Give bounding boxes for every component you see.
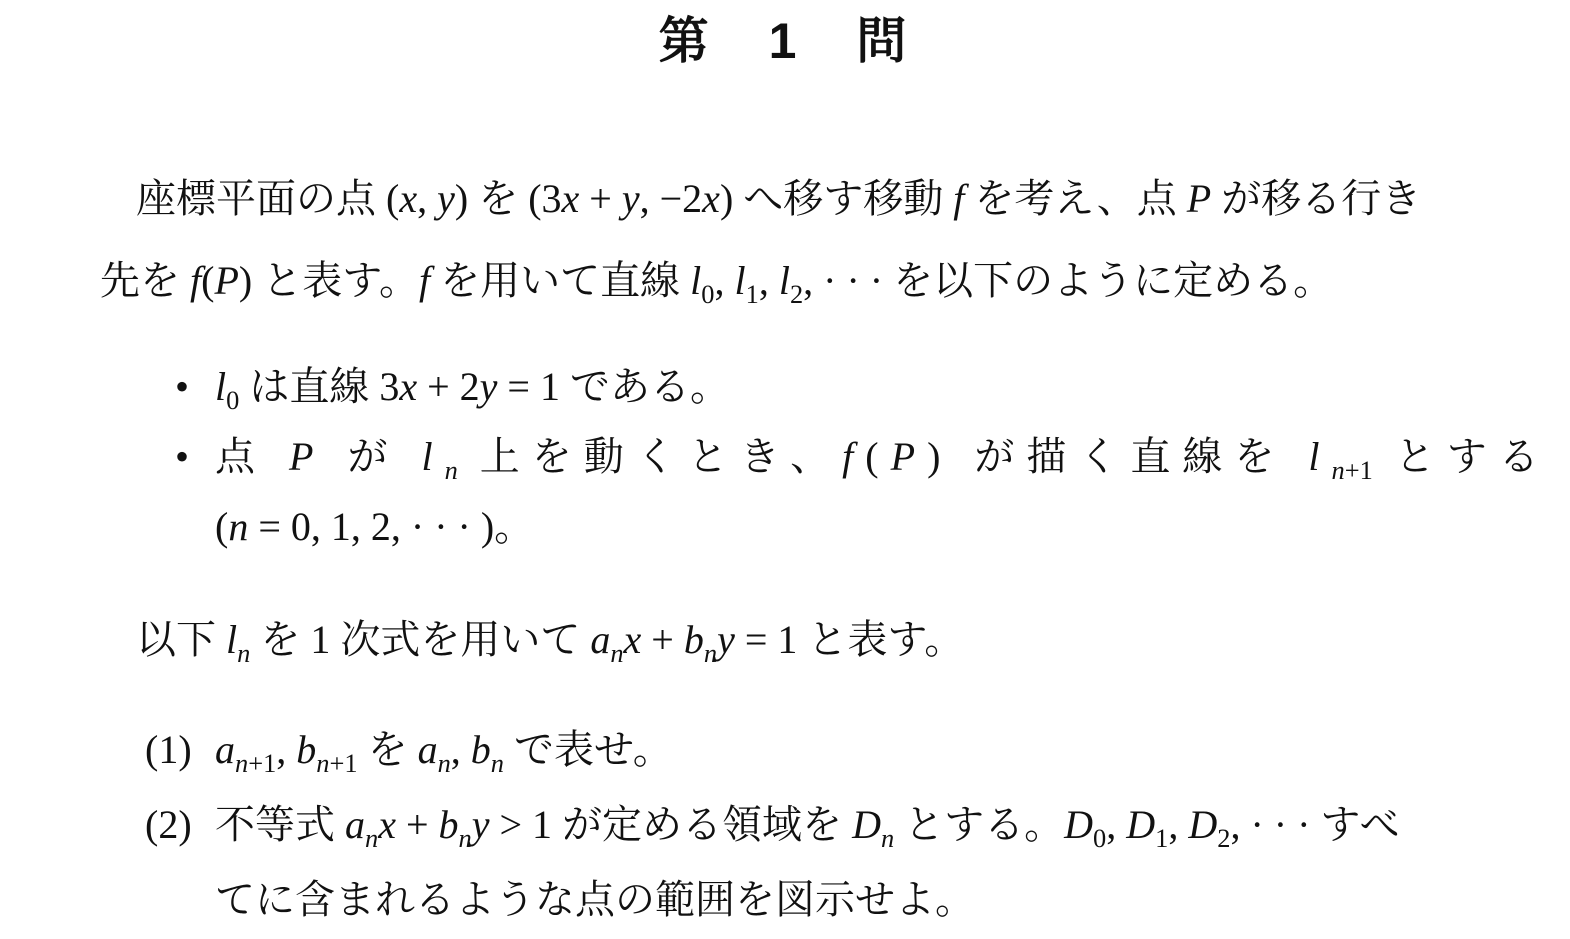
math-italic-run: n [237,638,250,668]
math-italic-run: x [562,176,580,221]
text-run: 不等式 [215,802,345,847]
math-italic-run: D [1064,802,1093,847]
text-run: が描く直線を [952,434,1308,479]
math-italic-run: n [610,638,623,668]
math-roman-run: , [417,176,437,221]
text-run: 座標平面の点 [136,176,386,221]
math-italic-run: P [891,434,927,479]
text-run: を以下のように定める。 [893,258,1333,303]
math-roman-run: , [1106,802,1126,847]
math-italic-run: x [399,364,417,409]
math-roman-run: (3 [528,176,561,221]
math-italic-run: l [1308,434,1331,479]
text-run: 点 [215,434,289,479]
math-italic-run: x [399,176,417,221]
question-2-content: 不等式 anx + bny > 1 が定める領域を Dn とする。D0, D1,… [215,787,1470,937]
subscript: 0 [226,385,239,415]
math-italic-run: y [622,176,640,221]
math-italic-run: n [1332,455,1345,485]
math-roman-run: +1 [1345,455,1373,485]
math-italic-run: n [316,748,329,778]
math-italic-run: f [419,258,430,303]
text-run: とする。 [894,802,1064,847]
math-roman-run: + [579,176,622,221]
math-roman-run: ( [865,434,890,479]
text-run: を [358,727,418,772]
subscript: n [438,748,451,778]
text-run: を 1 次式を用いて [250,617,590,662]
math-roman-run: ) [455,176,468,221]
math-italic-run: n [459,823,472,853]
text-run: は直線 [239,364,379,409]
math-italic-run: n [365,823,378,853]
question2-line-2: てに含まれるような点の範囲を図示せよ。 [215,862,1470,937]
subscript: 0 [1093,823,1106,853]
math-italic-run: f [842,434,865,479]
math-roman-run: , [1168,802,1188,847]
problem-title: 第 1 問 [100,6,1470,76]
math-italic-run: l [734,258,745,303]
math-italic-run: f [190,258,201,303]
math-italic-run: a [590,617,610,662]
math-roman-run: = 1 [735,617,798,662]
question-2-label: (2) [145,787,215,862]
intro-paragraph: 座標平面の点 (x, y) を (3x + y, −2x) へ移す移動 f を考… [100,158,1470,322]
math-roman-run: ) [720,176,733,221]
text-run: が移る行き [1211,176,1421,221]
subscript: n [365,823,378,853]
subscript: 1 [746,279,759,309]
text-run: 以下 [136,617,226,662]
text-run: と表す。 [252,258,419,303]
subscript: n [881,823,894,853]
intro-line-1: 座標平面の点 (x, y) を (3x + y, −2x) へ移す移動 f を考… [100,158,1470,240]
math-italic-run: n [445,455,458,485]
math-italic-run: l [215,364,226,409]
bullet2-line-1: 点 P が ln 上を動くとき、f(P) が描く直線を ln+1 とする [215,422,1470,492]
text-run: 先を [100,258,190,303]
math-italic-run: n [228,504,248,549]
math-italic-run: y [717,617,735,662]
subscript: n [237,638,250,668]
math-italic-run: n [491,748,504,778]
math-italic-run: f [953,176,964,221]
definition-paragraph: 以下 ln を 1 次式を用いて anx + bny = 1 と表す。 [100,600,1470,680]
definition-line-1: 以下 ln を 1 次式を用いて anx + bny = 1 と表す。 [100,600,1470,680]
math-roman-run: +1 [330,748,358,778]
text-run: 上を動くとき、 [458,434,842,479]
math-roman-run: , [759,258,779,303]
bullet-list: • l0 は直線 3x + 2y = 1 である。 • 点 P が ln 上を動… [100,352,1470,562]
text-run: を考え、点 [964,176,1186,221]
math-italic-run: P [289,434,325,479]
math-italic-run: D [1188,802,1217,847]
math-italic-run: a [418,727,438,772]
subscript: 2 [1217,823,1230,853]
math-roman-run: 0 [1093,823,1106,853]
question-item-2: (2) 不等式 anx + bny > 1 が定める領域を Dn とする。D0,… [145,787,1470,937]
math-italic-run: x [378,802,396,847]
math-roman-run: + 2 [417,364,480,409]
math-italic-run: x [702,176,720,221]
math-roman-run: 1 [1155,823,1168,853]
text-run: すべ [1320,802,1399,847]
intro-line-2: 先を f(P) と表す。f を用いて直線 l0, l1, l2, · · · を… [100,240,1470,322]
math-italic-run: x [624,617,642,662]
question-1-label: (1) [145,712,215,787]
math-roman-run: , · · · [803,258,893,303]
math-roman-run: , −2 [640,176,703,221]
math-italic-run: n [704,638,717,668]
question-item-1: (1) an+1, bn+1 を an, bn で表せ。 [145,712,1470,787]
math-roman-run: > 1 [490,802,553,847]
math-roman-run: 2 [790,279,803,309]
subscript: 0 [701,279,714,309]
text-run: と表す。 [797,617,964,662]
math-italic-run: n [235,748,248,778]
math-roman-run: 1 [746,279,759,309]
math-italic-run: n [881,823,894,853]
math-roman-run: + [396,802,439,847]
math-italic-run: D [852,802,881,847]
math-roman-run: = 0, 1, 2, · · · ) [248,504,494,549]
bullet-icon: • [175,352,215,422]
math-italic-run: P [214,258,238,303]
math-italic-run: a [215,727,235,772]
text-run: 。 [494,504,534,549]
text-run: を [468,176,528,221]
subscript: n+1 [235,748,276,778]
math-roman-run: , [276,727,296,772]
math-italic-run: D [1126,802,1155,847]
subscript: n [610,638,623,668]
math-roman-run: , [714,258,734,303]
text-run: である。 [560,364,730,409]
bullet2-line-2: (n = 0, 1, 2, · · · )。 [215,492,1470,562]
subscript: n [491,748,504,778]
math-italic-run: b [684,617,704,662]
math-italic-run: y [437,176,455,221]
question1-line-1: an+1, bn+1 を an, bn で表せ。 [215,712,1470,787]
subscript: n [704,638,717,668]
math-italic-run: l [779,258,790,303]
math-italic-run: P [1187,176,1211,221]
problem-page: 第 1 問 座標平面の点 (x, y) を (3x + y, −2x) へ移す移… [0,0,1570,939]
math-roman-run: ( [215,504,228,549]
bullet-content: l0 は直線 3x + 2y = 1 である。 [215,352,1470,422]
subscript: n+1 [1332,455,1373,485]
math-roman-run: ) [239,258,252,303]
text-run: とする [1373,434,1551,479]
subscript: n [445,455,458,485]
text-run: が定める領域を [552,802,852,847]
text-run: へ移す移動 [733,176,953,221]
question-1-content: an+1, bn+1 を an, bn で表せ。 [215,712,1470,787]
subscript: 1 [1155,823,1168,853]
math-roman-run: 0 [701,279,714,309]
math-italic-run: l [226,617,237,662]
math-roman-run: +1 [248,748,276,778]
math-italic-run: n [438,748,451,778]
math-roman-run: 2 [1217,823,1230,853]
question2-line-1: 不等式 anx + bny > 1 が定める領域を Dn とする。D0, D1,… [215,787,1470,862]
question-list: (1) an+1, bn+1 を an, bn で表せ。 (2) 不等式 anx… [100,712,1470,937]
math-roman-run: ( [386,176,399,221]
bullet1-line-1: l0 は直線 3x + 2y = 1 である。 [215,352,1470,422]
math-italic-run: l [690,258,701,303]
math-roman-run: ) [927,434,952,479]
bullet-item-ln-recursion: • 点 P が ln 上を動くとき、f(P) が描く直線を ln+1 とする (… [175,422,1470,562]
math-italic-run: b [471,727,491,772]
subscript: 2 [790,279,803,309]
subscript: n+1 [316,748,357,778]
math-italic-run: b [296,727,316,772]
text-run: で表せ。 [504,727,673,772]
math-roman-run: , · · · [1230,802,1320,847]
math-roman-run: , [451,727,471,772]
math-italic-run: y [480,364,498,409]
math-italic-run: l [421,434,444,479]
text-run: が [325,434,421,479]
math-italic-run: y [472,802,490,847]
math-roman-run: + [641,617,684,662]
math-roman-run: ( [201,258,214,303]
math-roman-run: 3 [379,364,399,409]
bullet-content: 点 P が ln 上を動くとき、f(P) が描く直線を ln+1 とする (n … [215,422,1470,562]
math-roman-run: 0 [226,385,239,415]
text-run: を用いて直線 [430,258,690,303]
subscript: n [459,823,472,853]
math-italic-run: b [439,802,459,847]
bullet-item-l0-definition: • l0 は直線 3x + 2y = 1 である。 [175,352,1470,422]
text-run: てに含まれるような点の範囲を図示せよ。 [215,877,975,922]
bullet-icon: • [175,422,215,492]
math-roman-run: = 1 [497,364,560,409]
math-italic-run: a [345,802,365,847]
